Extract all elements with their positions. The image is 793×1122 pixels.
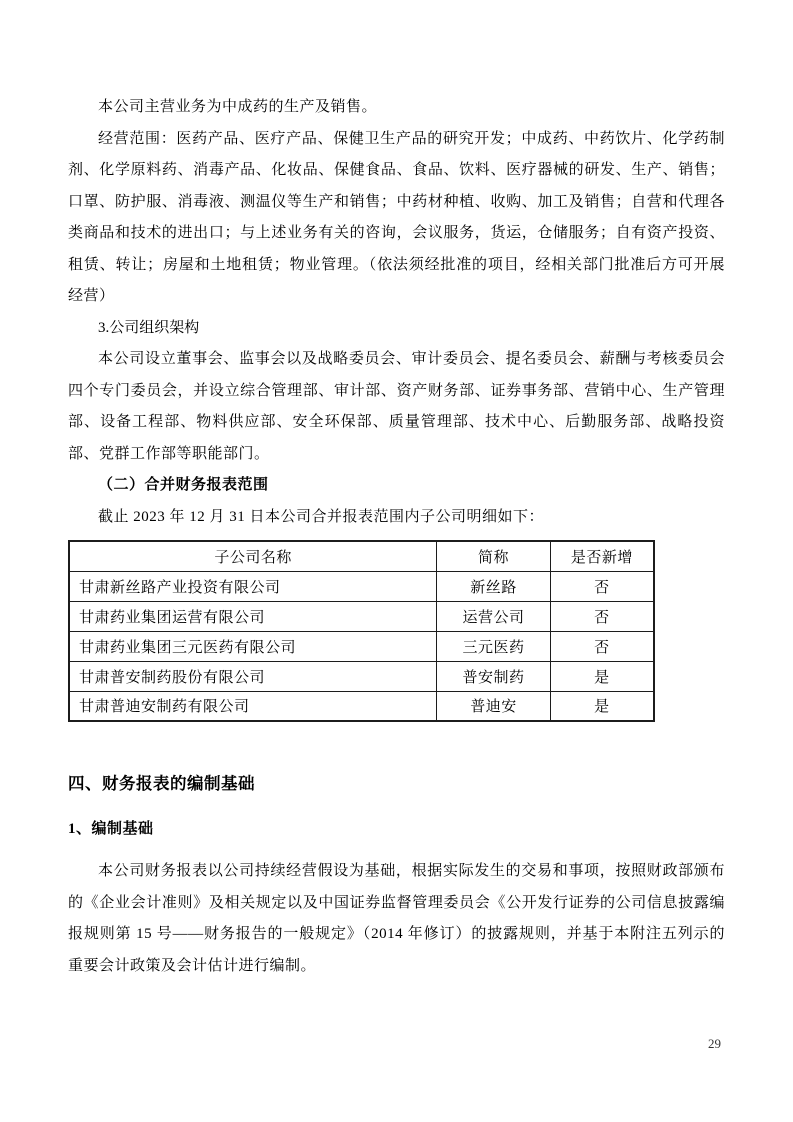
cell-is-new: 是 (550, 691, 654, 721)
cell-short-name: 普安制药 (437, 661, 551, 691)
paragraph-business-scope: 经营范围：医药产品、医疗产品、保健卫生产品的研究开发；中成药、中药饮片、化学药制… (68, 124, 725, 313)
cell-is-new: 否 (550, 631, 654, 661)
table-row: 甘肃药业集团运营有限公司 运营公司 否 (69, 601, 654, 631)
cell-short-name: 新丝路 (437, 571, 551, 601)
document-body: 本公司主营业务为中成药的生产及销售。 经营范围：医药产品、医疗产品、保健卫生产品… (68, 92, 725, 982)
table-header-row: 子公司名称 简称 是否新增 (69, 541, 654, 571)
cell-is-new: 否 (550, 601, 654, 631)
cell-subsidiary-name: 甘肃普安制药股份有限公司 (69, 661, 437, 691)
cell-subsidiary-name: 甘肃新丝路产业投资有限公司 (69, 571, 437, 601)
cell-subsidiary-name: 甘肃药业集团运营有限公司 (69, 601, 437, 631)
column-header-is-new: 是否新增 (550, 541, 654, 571)
heading-consolidation-scope: （二）合并财务报表范围 (68, 470, 725, 502)
table-row: 甘肃药业集团三元医药有限公司 三元医药 否 (69, 631, 654, 661)
column-header-short-name: 简称 (437, 541, 551, 571)
column-header-subsidiary-name: 子公司名称 (69, 541, 437, 571)
cell-is-new: 是 (550, 661, 654, 691)
table-row: 甘肃普安制药股份有限公司 普安制药 是 (69, 661, 654, 691)
subsidiary-table: 子公司名称 简称 是否新增 甘肃新丝路产业投资有限公司 新丝路 否 甘肃药业集团… (68, 540, 655, 722)
table-row: 甘肃新丝路产业投资有限公司 新丝路 否 (69, 571, 654, 601)
cell-subsidiary-name: 甘肃普迪安制药有限公司 (69, 691, 437, 721)
cell-is-new: 否 (550, 571, 654, 601)
page-number: 29 (708, 1036, 721, 1052)
heading-section4: 四、财务报表的编制基础 (68, 772, 725, 796)
cell-short-name: 普迪安 (437, 691, 551, 721)
heading-sub1: 1、编制基础 (68, 818, 725, 840)
paragraph-main-business: 本公司主营业务为中成药的生产及销售。 (68, 92, 725, 124)
cell-subsidiary-name: 甘肃药业集团三元医药有限公司 (69, 631, 437, 661)
cell-short-name: 三元医药 (437, 631, 551, 661)
paragraph-org-structure: 本公司设立董事会、监事会以及战略委员会、审计委员会、提名委员会、薪酬与考核委员会… (68, 344, 725, 470)
paragraph-basis: 本公司财务报表以公司持续经营假设为基础，根据实际发生的交易和事项，按照财政部颁布… (68, 856, 725, 982)
cell-short-name: 运营公司 (437, 601, 551, 631)
heading-org-structure: 3.公司组织架构 (68, 313, 725, 345)
table-row: 甘肃普迪安制药有限公司 普迪安 是 (69, 691, 654, 721)
paragraph-table-intro: 截止 2023 年 12 月 31 日本公司合并报表范围内子公司明细如下： (68, 502, 725, 534)
